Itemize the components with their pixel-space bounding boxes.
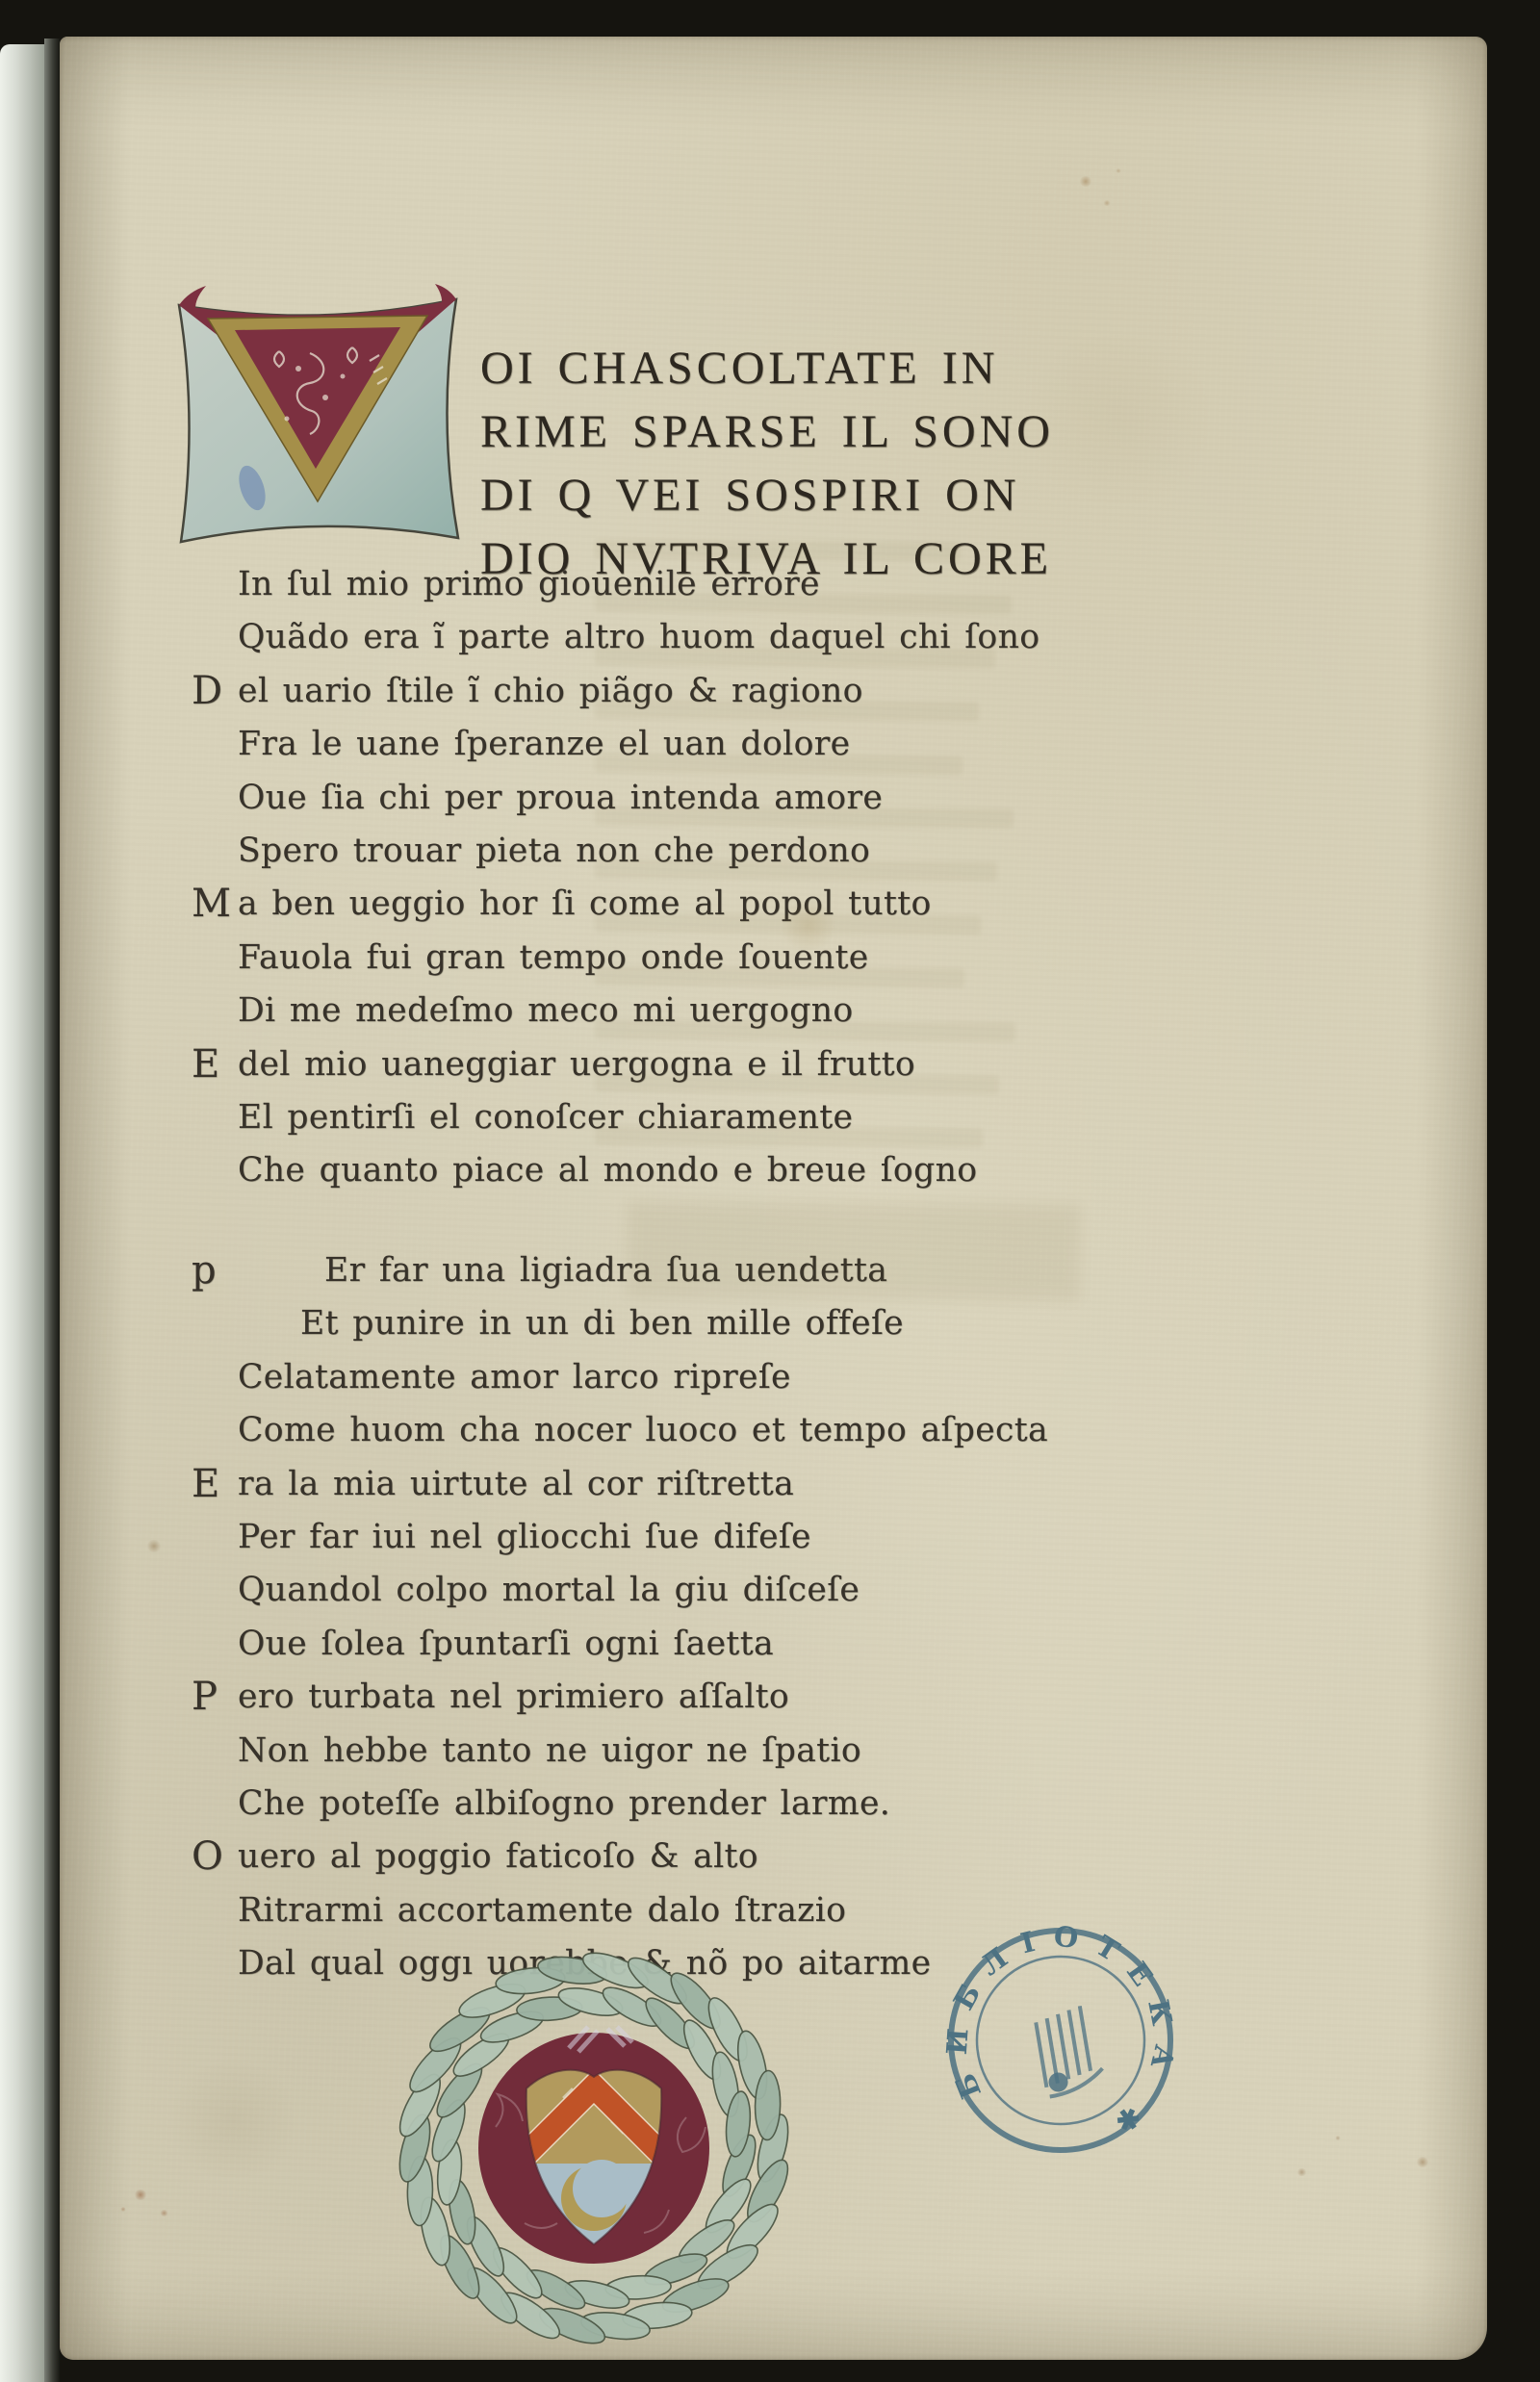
paper-stain — [1103, 200, 1111, 206]
verse-text: Come huom cha nocer luoco et tempo aſpec… — [238, 1411, 1048, 1449]
verse-text: del mio uaneggiar uergogna e il frutto — [238, 1045, 915, 1084]
verse-line: Quãdo era ĩ parte altro huom daquel chi … — [238, 611, 1039, 664]
verse-line: Celatamente amor larco ripreſe — [238, 1351, 1048, 1404]
verse-initial-capital: O — [192, 1831, 236, 1883]
book-gutter-shadow — [44, 38, 60, 2382]
verse-text: Celatamente amor larco ripreſe — [238, 1358, 791, 1396]
book-page: OI CHASCOLTATE INRIME SPARSE IL SONODI Q… — [60, 37, 1487, 2360]
paper-stain — [120, 2207, 126, 2212]
verse-text: ra la mia uirtute al cor riſtretta — [238, 1465, 794, 1503]
paper-stain — [1416, 2157, 1429, 2167]
verse-text: ero turbata nel primiero aſſalto — [238, 1678, 789, 1716]
sonnet-heading: OI CHASCOLTATE INRIME SPARSE IL SONODI Q… — [480, 337, 1054, 591]
coat-of-arms-emblem — [380, 1925, 813, 2368]
paper-stain — [1296, 2168, 1307, 2177]
verse-line: Come huom cha nocer luoco et tempo aſpec… — [238, 1404, 1048, 1457]
verse-line: Che poteſſe albiſogno prender larme. — [238, 1778, 1048, 1831]
verse-text: Et punire in un di ben mille offeſe — [300, 1297, 904, 1350]
laurel-wreath-icon — [380, 1925, 813, 2368]
verse-text: el uario ſtile ĩ chio piãgo & ragiono — [238, 672, 863, 710]
verse-line: Fra le uane ſperanze el uan dolore — [238, 718, 1039, 771]
verse-initial-capital: E — [192, 1458, 236, 1511]
verse-line: Per far iui nel gliocchi ſue difeſe — [238, 1511, 1048, 1564]
verse-text: El pentirſi el conoſcer chiaramente — [238, 1098, 853, 1137]
verse-line: Oue ſia chi per proua intenda amore — [238, 772, 1039, 825]
sonnet-2-text: pEr far una ligiadra ſua uendettaEt puni… — [238, 1244, 1048, 1990]
verse-line: Ouero al poggio faticoſo & alto — [238, 1831, 1048, 1883]
paper-stain — [134, 2190, 147, 2200]
verse-text: Spero trouar pieta non che perdono — [238, 832, 870, 870]
verse-line: Et punire in un di ben mille offeſe — [238, 1297, 1048, 1350]
paper-stain — [161, 2062, 305, 2178]
library-stamp: БИБЛІОТЕКА ✱ — [929, 1908, 1193, 2173]
scanned-book-photo: OI CHASCOLTATE INRIME SPARSE IL SONODI Q… — [0, 0, 1540, 2382]
paper-stain — [146, 1540, 162, 1552]
library-stamp-icon: БИБЛІОТЕКА ✱ — [929, 1908, 1193, 2173]
verse-line: In ſul mio primo giouenile errore — [238, 558, 1039, 611]
verse-text: Oue ſia chi per proua intenda amore — [238, 779, 883, 817]
verse-initial-capital: E — [192, 1038, 236, 1091]
verse-text: Fra le uane ſperanze el uan dolore — [238, 725, 850, 763]
verse-line: Non hebbe tanto ne uigor ne ſpatio — [238, 1725, 1048, 1778]
verse-initial-capital: p — [192, 1244, 236, 1297]
verse-line: Che quanto piace al mondo e breue ſogno — [238, 1144, 1039, 1197]
verse-text: Fauola fui gran tempo onde ſouente — [238, 938, 869, 977]
verse-text: In ſul mio primo giouenile errore — [238, 565, 820, 603]
verse-line: Quandol colpo mortal la giu diſceſe — [238, 1564, 1048, 1617]
heading-line: DI Q VEI SOSPIRI ON — [480, 464, 1054, 527]
verse-line: Pero turbata nel primiero aſſalto — [238, 1671, 1048, 1724]
verse-text: a ben ueggio hor ſi come al popol tutto — [238, 884, 932, 923]
verse-text: Di me medeſmo meco mi uergogno — [238, 991, 854, 1030]
verse-line: Spero trouar pieta non che perdono — [238, 825, 1039, 878]
laurel-leaf — [755, 2070, 781, 2140]
verse-text: Er far una ligiadra ſua uendetta — [324, 1244, 887, 1297]
facing-page-edge — [0, 44, 44, 2382]
sonnet-1-text: In ſul mio primo giouenile erroreQuãdo e… — [238, 558, 1039, 1198]
verse-line: El pentirſi el conoſcer chiaramente — [238, 1091, 1039, 1144]
verse-initial-capital: P — [192, 1671, 236, 1724]
verse-line: Edel mio uaneggiar uergogna e il frutto — [238, 1038, 1039, 1091]
verse-line: Del uario ſtile ĩ chio piãgo & ragiono — [238, 665, 1039, 718]
verse-text: Che quanto piace al mondo e breue ſogno — [238, 1151, 977, 1190]
verse-line: Era la mia uirtute al cor riſtretta — [238, 1458, 1048, 1511]
paper-stain — [1079, 176, 1092, 187]
verse-text: Non hebbe tanto ne uigor ne ſpatio — [238, 1731, 861, 1770]
verse-initial-capital: D — [192, 665, 236, 718]
verse-line: Di me medeſmo meco mi uergogno — [238, 985, 1039, 1037]
paper-stain — [1116, 168, 1121, 173]
verse-text: Che poteſſe albiſogno prender larme. — [238, 1784, 890, 1823]
verse-text: Ritrarmi accortamente dalo ſtrazio — [238, 1891, 846, 1930]
verse-text: Quãdo era ĩ parte altro huom daquel chi … — [238, 618, 1039, 656]
verse-text: Quandol colpo mortal la giu diſceſe — [238, 1571, 860, 1609]
verse-text: Oue ſolea ſpuntarſi ogni ſaetta — [238, 1625, 774, 1663]
verse-line: pEr far una ligiadra ſua uendetta — [238, 1244, 1048, 1297]
verse-text: Per far iui nel gliocchi ſue difeſe — [238, 1518, 811, 1556]
verse-text: uero al poggio faticoſo & alto — [238, 1837, 758, 1876]
verse-line: Ma ben ueggio hor ſi come al popol tutto — [238, 878, 1039, 931]
verse-line: Fauola fui gran tempo onde ſouente — [238, 932, 1039, 985]
paper-stain — [160, 2210, 168, 2216]
heading-line: OI CHASCOLTATE IN — [480, 337, 1054, 400]
verse-initial-capital: M — [192, 878, 236, 931]
heading-line: RIME SPARSE IL SONO — [480, 400, 1054, 464]
paper-stain — [1335, 2136, 1341, 2140]
illuminated-initial-V — [164, 284, 472, 573]
illuminated-initial-icon — [164, 284, 472, 573]
verse-line: Oue ſolea ſpuntarſi ogni ſaetta — [238, 1618, 1048, 1671]
